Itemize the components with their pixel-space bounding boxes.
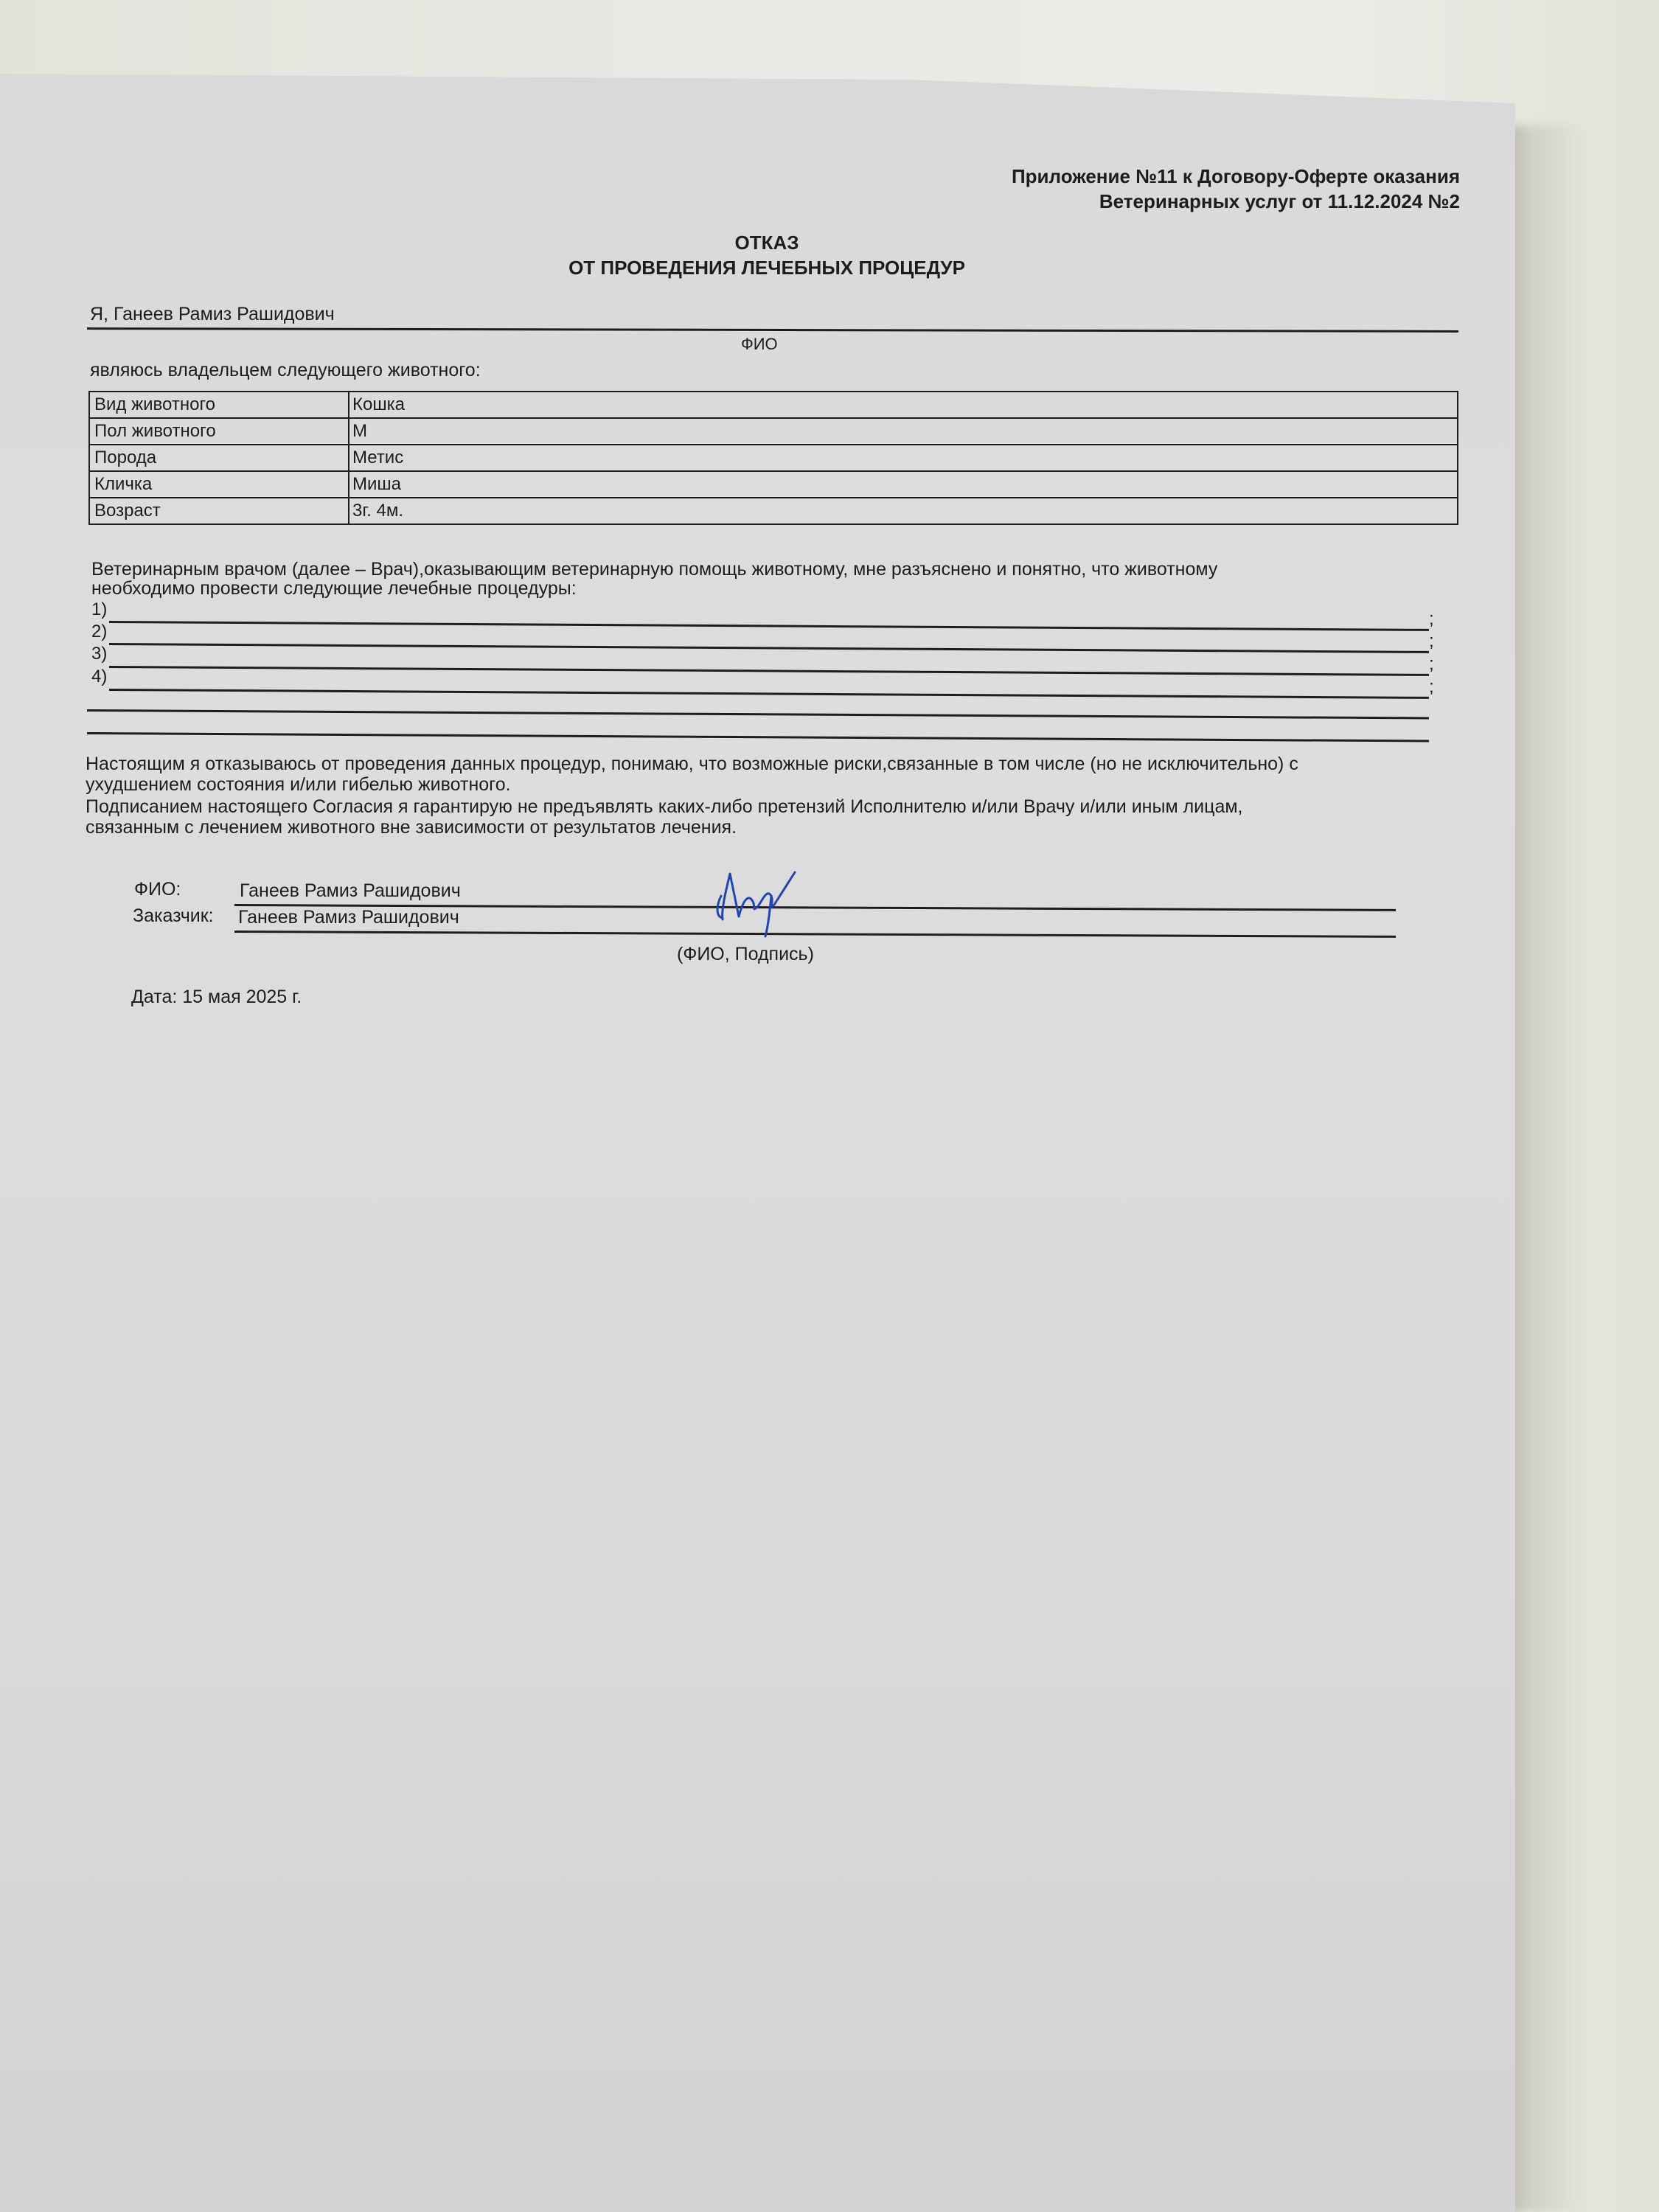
column-divider — [348, 498, 349, 524]
refusal-line4: связанным с лечением животного вне завис… — [86, 817, 737, 838]
animal-type-label: Вид животного — [94, 392, 215, 417]
animal-age-value: 3г. 4м. — [352, 498, 403, 524]
header-reference-line2: Ветеринарных услуг от 11.12.2024 №2 — [1012, 189, 1460, 214]
animal-sex-label: Пол животного — [94, 419, 216, 444]
procedure-end: ; — [1429, 654, 1434, 675]
animal-breed-value: Метис — [352, 445, 403, 470]
procedure-number: 2) — [91, 622, 107, 642]
animal-name-value: Миша — [352, 472, 401, 497]
procedure-number: 3) — [91, 644, 107, 664]
animal-sex-value: М — [352, 419, 367, 444]
procedure-end: ; — [1429, 631, 1434, 652]
procedure-end: ; — [1429, 609, 1434, 630]
refusal-line2: ухудшением состояния и/или гибелью живот… — [86, 774, 511, 796]
animal-breed-label: Порода — [94, 445, 156, 470]
page-title: ОТКАЗ ОТ ПРОВЕДЕНИЯ ЛЕЧЕБНЫХ ПРОЦЕДУР — [442, 230, 1091, 280]
title-line1: ОТКАЗ — [442, 230, 1091, 255]
table-row: Возраст 3г. 4м. — [88, 497, 1458, 525]
refusal-line3: Подписанием настоящего Согласия я гарант… — [86, 796, 1242, 818]
signature-caption: (ФИО, Подпись) — [677, 944, 814, 965]
header-reference-line1: Приложение №11 к Договору-Оферте оказани… — [1012, 164, 1460, 189]
procedure-end: ; — [1429, 677, 1434, 698]
refusal-line1: Настоящим я отказываюсь от проведения да… — [86, 754, 1298, 775]
column-divider — [348, 445, 349, 470]
column-divider — [348, 392, 349, 417]
header-reference: Приложение №11 к Договору-Оферте оказани… — [1012, 164, 1460, 214]
handwritten-signature — [700, 859, 833, 940]
table-row: Пол животного М — [88, 417, 1458, 444]
animal-name-label: Кличка — [94, 472, 152, 497]
fio-label: ФИО: — [134, 879, 181, 900]
owner-caption: ФИО — [741, 333, 778, 355]
customer-value: Ганеев Рамиз Рашидович — [238, 907, 459, 928]
explanation-line2: необходимо провести следующие лечебные п… — [91, 578, 577, 599]
customer-label: Заказчик: — [133, 905, 214, 927]
table-row: Кличка Миша — [88, 470, 1458, 497]
table-row: Порода Метис — [88, 444, 1458, 470]
procedure-number: 1) — [91, 599, 107, 620]
animal-type-value: Кошка — [352, 392, 405, 417]
owner-line: Я, Ганеев Рамиз Рашидович — [90, 304, 335, 325]
animal-age-label: Возраст — [94, 498, 161, 524]
document-date: Дата: 15 мая 2025 г. — [131, 987, 302, 1008]
column-divider — [348, 472, 349, 497]
column-divider — [348, 419, 349, 444]
procedure-number: 4) — [91, 667, 107, 687]
owner-intro: являюсь владельцем следующего животного: — [90, 360, 481, 381]
table-row: Вид животного Кошка — [88, 391, 1458, 417]
fio-value: Ганеев Рамиз Рашидович — [240, 880, 461, 902]
explanation-line1: Ветеринарным врачом (далее – Врач),оказы… — [91, 559, 1217, 580]
title-line2: ОТ ПРОВЕДЕНИЯ ЛЕЧЕБНЫХ ПРОЦЕДУР — [442, 255, 1091, 280]
